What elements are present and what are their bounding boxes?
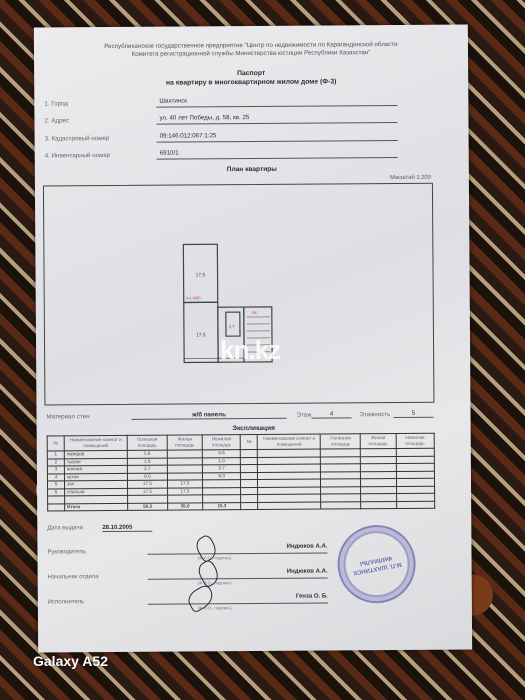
field-value: Шахтинск (156, 96, 397, 108)
total-value: 35.0 (167, 502, 202, 510)
camera-watermark: Galaxy A52 (33, 653, 108, 669)
total-value: 50.3 (128, 503, 168, 511)
signature-executor: Исполнитель Генза О. Б. (Ф.И.О., подпись… (48, 593, 348, 609)
signature-role: Начальник отдела (48, 574, 99, 580)
table-cell: 1 (47, 451, 64, 459)
table-cell (241, 449, 258, 457)
table-cell (241, 487, 258, 495)
table-cell: 3 (47, 466, 64, 474)
column-header: № (47, 436, 64, 451)
signature-head-of-department: Начальник отдела Индюков А.А. (Ф.И.О., п… (48, 568, 348, 584)
explication-table: № Наименование комнат и помещений Полезн… (47, 433, 436, 512)
org-line-2: Комитета регистрационной службы Министер… (34, 48, 468, 59)
plan-scale: Масштаб 1:200 (390, 175, 431, 181)
signature-name: Индюков А.А. (148, 568, 328, 579)
room-area-label: 17.5 (196, 332, 206, 338)
plan-title: План квартиры (35, 164, 469, 174)
table-cell: 2 (47, 458, 64, 466)
organization-header: Республиканское государственное предприя… (34, 40, 468, 59)
column-header: Нежилая площадь (202, 435, 241, 450)
walls-value: ж/б панель (132, 411, 287, 420)
document-title: Паспорт на квартиру в многоквартирном жи… (34, 67, 468, 88)
issue-date-value: 28.10.2005 (102, 525, 152, 532)
field-label: 4. Инвентарный номер (45, 152, 111, 159)
signature-role: Исполнитель (48, 599, 84, 605)
table-cell (241, 494, 258, 502)
table-cell: 5 (47, 481, 64, 489)
total-value: 15.3 (203, 502, 241, 510)
column-header: № (241, 434, 258, 449)
table-cell (361, 501, 396, 509)
table-cell (241, 472, 258, 480)
total-label: Итого (65, 503, 128, 511)
signature-name: Генза О. Б. (148, 593, 328, 604)
apartment-passport-document: Республиканское государственное предприя… (34, 24, 472, 652)
room-area-label: 2.7 (229, 324, 235, 329)
column-header: Жилая площадь (360, 434, 395, 449)
floor-value: 4 (312, 410, 352, 418)
column-header: Жилая площадь (167, 435, 202, 450)
field-value: ул. 40 лет Победы, д. 58, кв. 25 (156, 113, 397, 125)
table-cell (241, 502, 258, 510)
table-cell (241, 464, 258, 472)
floor-plan-frame: 17.5 17.5 2.7 4-1-0/65 ЛК kn.kz (43, 183, 435, 406)
table-cell (396, 501, 435, 509)
field-label: 3. Кадастровый номер (45, 135, 110, 142)
site-watermark: kn.kz (220, 335, 280, 366)
column-header: Полезная площадь (127, 435, 167, 450)
field-label: 1. Город (44, 100, 68, 107)
building-info: Материал стен ж/б панель Этаж 4 Этажност… (47, 410, 447, 425)
field-value: 6910/1 (157, 148, 398, 160)
signature-director: Руководитель Индюков А.А. (Ф.И.О., подпи… (47, 543, 347, 559)
table-cell (241, 457, 258, 465)
total-floors-value: 5 (394, 410, 434, 418)
field-city: 1. Город Шахтинск (44, 96, 394, 110)
table-cell: 6 (48, 488, 65, 496)
table-cell (48, 496, 65, 504)
plan-annotation: ЛК (252, 310, 258, 315)
explication-body: 1коридор5.65.62туалет1.01.03ванная2.72.7… (47, 448, 434, 511)
column-header: Наименование комнат и помещений (258, 434, 321, 449)
field-inventory-number: 4. Инвентарный номер 6910/1 (45, 148, 395, 162)
column-header: Полезная площадь (321, 434, 361, 449)
table-cell (321, 501, 361, 509)
field-cadastral-number: 3. Кадастровый номер 09:146:012:067:1:25 (45, 131, 395, 145)
signature-name: Индюков А.А. (147, 543, 327, 554)
table-cell (241, 479, 258, 487)
field-value: 09:146:012:067:1:25 (157, 131, 398, 143)
table-cell (258, 502, 321, 510)
signature-role: Руководитель (47, 549, 86, 555)
floor-label: Этаж (297, 412, 312, 419)
column-header: Наименование комнат и помещений (64, 435, 127, 450)
walls-label: Материал стен (47, 413, 90, 420)
table-cell: 4 (47, 473, 64, 481)
column-header: Нежилая площадь (396, 433, 435, 448)
field-label: 2. Адрес (44, 117, 69, 124)
stamp-text: М.П. ШАХТИНСК ФИЛИАЛЫ (339, 550, 415, 579)
room-area-label: 17.5 (196, 272, 206, 278)
table-cell (48, 503, 65, 511)
issue-date-label: Дата выдачи (47, 525, 83, 531)
table-row: Итого50.335.015.3 (48, 501, 435, 511)
total-floors-label: Этажность (360, 411, 391, 418)
plan-annotation: 4-1-0/65 (186, 295, 202, 300)
subtitle: на квартиру в многоквартирном жилом доме… (34, 76, 468, 88)
issue-date: Дата выдачи 28.10.2005 (47, 525, 83, 531)
field-address: 2. Адрес ул. 40 лет Победы, д. 58, кв. 2… (44, 113, 394, 127)
